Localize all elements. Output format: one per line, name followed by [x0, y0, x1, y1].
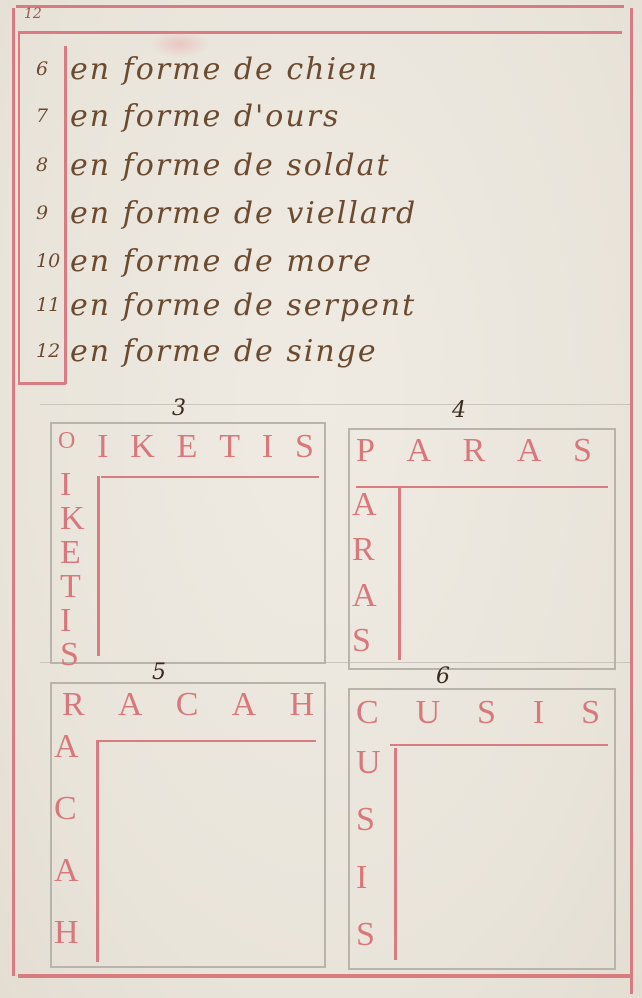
- list-item: 6 en forme de chien: [0, 50, 600, 90]
- square-side-word: ARAS: [352, 488, 377, 658]
- item-text: en forme de more: [70, 244, 373, 279]
- square-side-word: ACAH: [54, 730, 79, 950]
- list-item: 8 en forme de soldat: [0, 146, 600, 186]
- square-number: 3: [172, 396, 186, 421]
- pencil-guide: [40, 404, 630, 405]
- square-inner-left: [97, 476, 100, 656]
- item-text: en forme de chien: [70, 52, 379, 87]
- list-item: 7 en forme d'ours: [0, 97, 600, 137]
- item-number: 9: [36, 202, 64, 224]
- item-number: 6: [36, 58, 64, 80]
- item-text: en forme de viellard: [70, 196, 417, 231]
- frame-right-rule: [630, 8, 633, 994]
- item-number: 7: [36, 105, 64, 127]
- square-number: 6: [436, 664, 450, 689]
- square-side-word: IKETIS: [60, 468, 85, 652]
- list-item: 10 en forme de more: [0, 242, 600, 282]
- item-number: 8: [36, 154, 64, 176]
- item-number: 12: [36, 340, 64, 362]
- frame-header-rule: [18, 31, 622, 34]
- square-inner-top: [390, 744, 608, 746]
- item-number: 10: [36, 250, 64, 272]
- square-number: 4: [452, 398, 466, 423]
- number-column-bottom: [18, 382, 66, 385]
- square-inner-top: [98, 740, 316, 742]
- list-item: 11 en forme de serpent: [0, 286, 600, 326]
- item-text: en forme de serpent: [70, 288, 416, 323]
- item-text: en forme d'ours: [70, 99, 340, 134]
- frame-bottom-rule: [18, 974, 632, 978]
- item-number: 11: [36, 294, 64, 316]
- sator-square-racah: [50, 682, 326, 968]
- list-item: 12 en forme de singe: [0, 332, 600, 372]
- square-inner-left: [96, 740, 99, 962]
- square-inner-top: [356, 486, 608, 488]
- frame-top-rule: [16, 5, 624, 8]
- square-top-word: CUSIS: [356, 694, 600, 732]
- square-side-word: USIS: [356, 746, 381, 952]
- item-text: en forme de singe: [70, 334, 378, 369]
- square-inner-left: [398, 488, 401, 660]
- list-item: 9 en forme de viellard: [0, 194, 600, 234]
- manuscript-page: 12 6 en forme de chien 7 en forme d'ours…: [0, 0, 642, 998]
- square-top-word: PARAS: [356, 432, 592, 470]
- square-inner-top: [101, 476, 319, 478]
- square-top-word: OIKETIS: [58, 428, 314, 466]
- item-text: en forme de soldat: [70, 148, 391, 183]
- folio-number: 12: [24, 6, 42, 22]
- square-top-word: RACAH: [62, 686, 314, 724]
- square-inner-left: [394, 748, 397, 960]
